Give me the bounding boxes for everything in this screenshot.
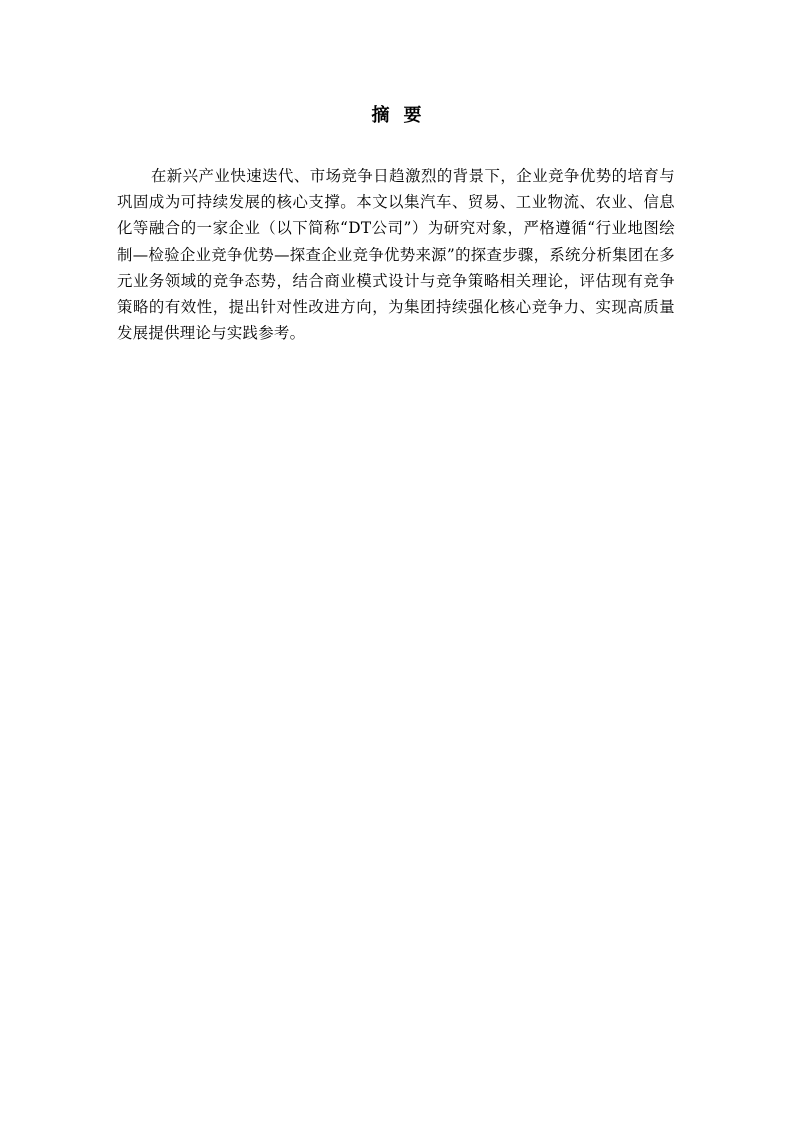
abstract-paragraph: 在新兴产业快速迭代、市场竞争日趋激烈的背景下，企业竞争优势的培育与巩固成为可持续… <box>117 163 675 346</box>
abstract-title: 摘要 <box>0 104 793 128</box>
document-page: 摘要 在新兴产业快速迭代、市场竞争日趋激烈的背景下，企业竞争优势的培育与巩固成为… <box>0 0 793 1122</box>
